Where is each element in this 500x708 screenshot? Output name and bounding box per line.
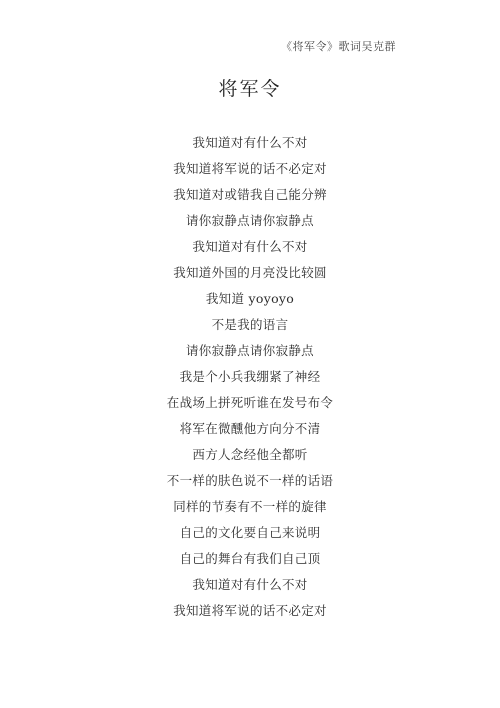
lyric-line: 我知道将军说的话不必定对 (0, 601, 500, 627)
lyric-line: 西方人念经他全都听 (0, 445, 500, 471)
header-note: 《将军令》歌词吴克群 (281, 38, 396, 54)
lyric-line: 我知道对或错我自己能分辨 (0, 185, 500, 211)
lyric-line: 请你寂静点请你寂静点 (0, 211, 500, 237)
lyric-line: 请你寂静点请你寂静点 (0, 341, 500, 367)
lyric-line: 我知道对有什么不对 (0, 575, 500, 601)
lyric-line: 不一样的肤色说不一样的话语 (0, 471, 500, 497)
lyric-line: 我是个小兵我绷紧了神经 (0, 367, 500, 393)
lyric-line: 不是我的语言 (0, 315, 500, 341)
lyric-line: 我知道 yoyoyo (0, 289, 500, 315)
lyric-line: 将军在微醺他方向分不清 (0, 419, 500, 445)
lyric-line: 我知道外国的月亮没比较圆 (0, 263, 500, 289)
lyric-line: 我知道将军说的话不必定对 (0, 159, 500, 185)
lyric-line: 同样的节奏有不一样的旋律 (0, 497, 500, 523)
lyric-line: 自己的舞台有我们自己顶 (0, 549, 500, 575)
document-title: 将军令 (0, 74, 500, 101)
lyric-line: 我知道对有什么不对 (0, 237, 500, 263)
lyrics-list: 我知道对有什么不对 我知道将军说的话不必定对 我知道对或错我自己能分辨 请你寂静… (0, 133, 500, 627)
lyric-line: 我知道对有什么不对 (0, 133, 500, 159)
lyric-line: 自己的文化要自己来说明 (0, 523, 500, 549)
lyric-line: 在战场上拼死听谁在发号布令 (0, 393, 500, 419)
